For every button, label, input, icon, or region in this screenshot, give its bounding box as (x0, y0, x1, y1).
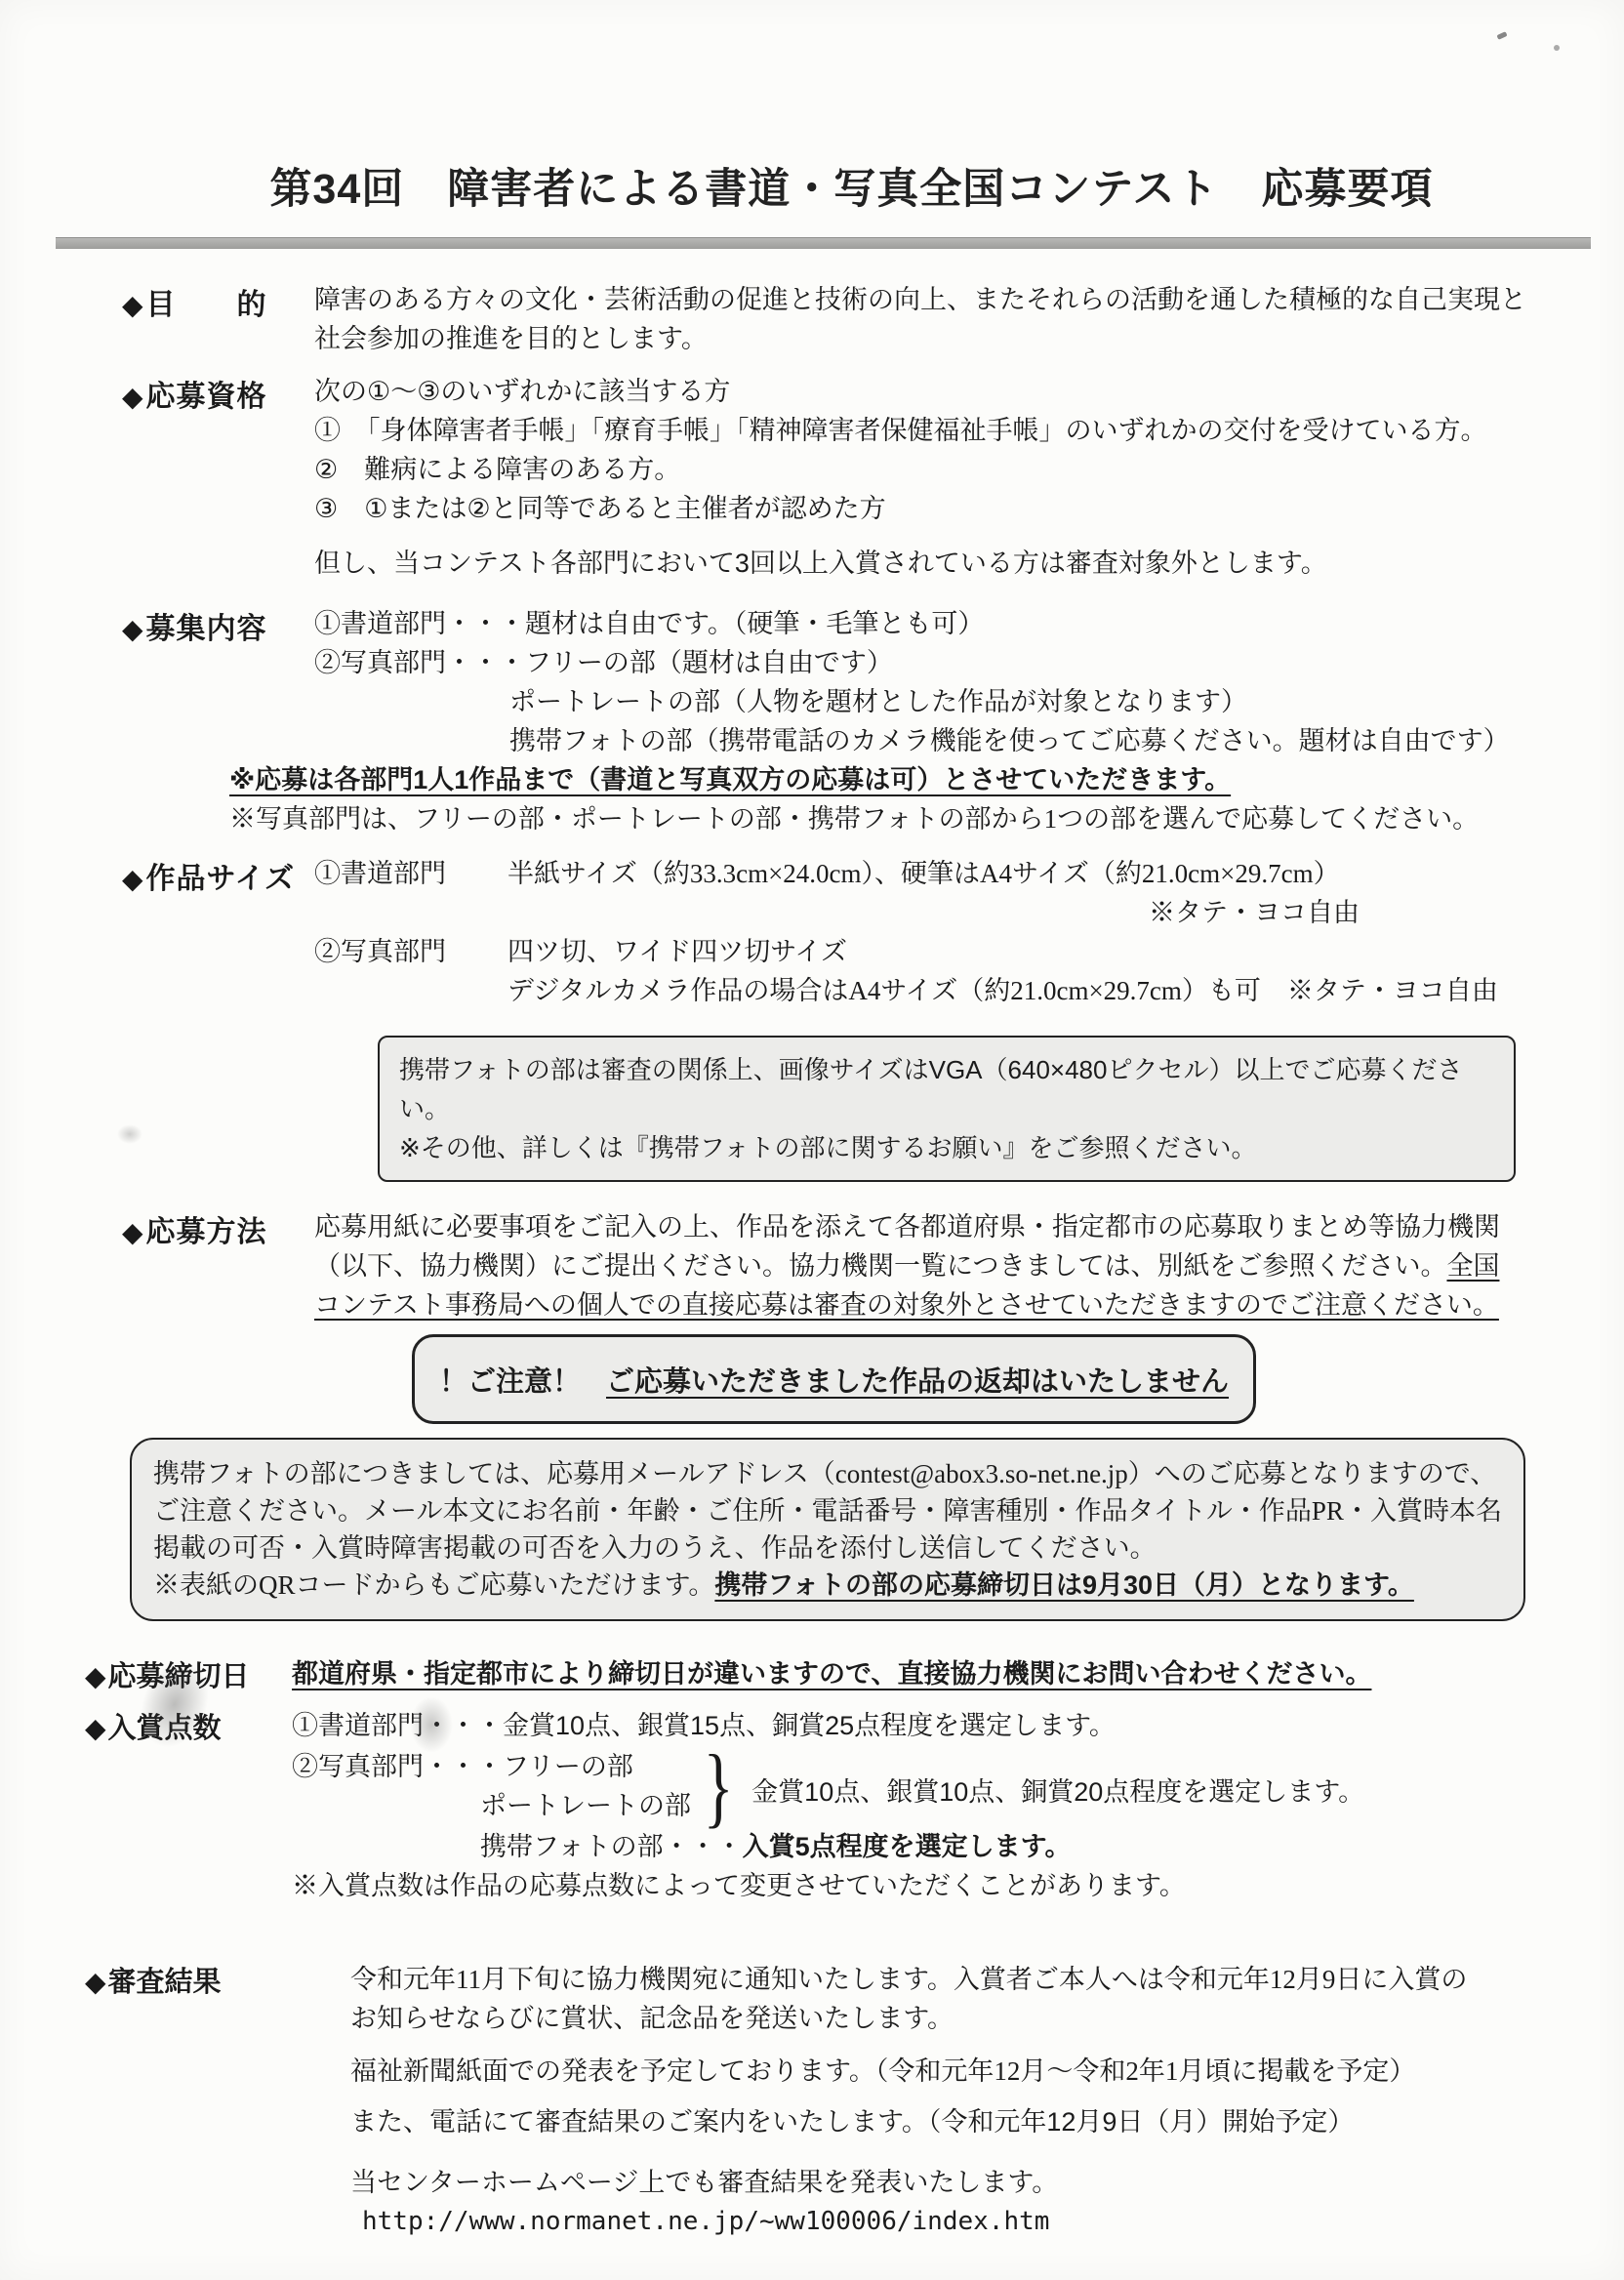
prizes-free-division: ②写真部門・・・フリーの部 (292, 1747, 691, 1786)
prizes-photo-counts: 金賞10点、銀賞10点、銅賞20点程度を選定します。 (751, 1761, 1364, 1812)
caution-no-return-text: ご応募いただきました作品の返却はいたしません (606, 1360, 1229, 1400)
method-line-1: 応募用紙に必要事項をご記入の上、作品を添えて各都道府県・指定都市の応募取りまとめ… (314, 1207, 1581, 1246)
categories-note-choose-one: ※写真部門は、フリーの部・ポートレートの部・携帯フォトの部から1つの部を選んで応… (229, 799, 1581, 838)
mobile-entry-body: 携帯フォトの部につきましては、応募用メールアドレス（contest@abox3.… (153, 1459, 1502, 1563)
prizes-photo-group: ②写真部門・・・フリーの部 ポートレートの部 } 金賞10点、銀賞10点、銅賞2… (292, 1745, 1581, 1827)
section-size: ◆作品サイズ ①書道部門半紙サイズ（約33.3cm×24.0cm）、硬筆はA4サ… (122, 854, 1581, 1010)
categories-calligraphy-line: ①書道部門・・・題材は自由です。（硬筆・毛筆とも可） (314, 604, 1581, 643)
vga-note-line-1: 携帯フォトの部は審査の関係上、画像サイズはVGA（640×480ピクセル）以上で… (399, 1050, 1494, 1128)
eligibility-item-1: ① 「身体障害者手帳」「療育手帳」「精神障害者保健福祉手帳」のいずれかの交付を受… (314, 411, 1581, 450)
results-phone-line: また、電話にて審査結果のご案内をいたします。（令和元年12月9日（月）開始予定） (350, 2102, 1581, 2141)
eligibility-item-3: ③ ①または②と同等であると主催者が認めた方 (314, 489, 1581, 528)
prizes-calligraphy-counts: 金賞10点、銀賞15点、銅賞25点程度を選定します。 (503, 1711, 1116, 1740)
mobile-entry-qr-note: ※表紙のQRコードからもご応募いただけます。 (153, 1570, 714, 1600)
mobile-photo-entry-box: 携帯フォトの部につきましては、応募用メールアドレス（contest@abox3.… (130, 1438, 1525, 1621)
section-method: ◆応募方法 応募用紙に必要事項をご記入の上、作品を添えて各都道府県・指定都市の応… (122, 1207, 1581, 1324)
prizes-photo-divisions: ②写真部門・・・フリーの部 ポートレートの部 (292, 1747, 691, 1825)
section-prizes: ◆入賞点数 ①書道部門・・・金賞10点、銀賞15点、銅賞25点程度を選定します。… (85, 1706, 1581, 1905)
section-size-label: ◆作品サイズ (122, 854, 314, 1010)
section-size-body: ①書道部門半紙サイズ（約33.3cm×24.0cm）、硬筆はA4サイズ（約21.… (314, 854, 1581, 1010)
title-divider-bar (56, 237, 1591, 249)
eligibility-note: 但し、当コンテスト各部門において3回以上入賞されている方は審査対象外とします。 (314, 544, 1581, 583)
scan-artifact-mark (1496, 31, 1507, 40)
section-deadline: ◆応募締切日 都道府県・指定都市により締切日が違いますので、直接協力機関にお問い… (85, 1654, 1581, 1694)
section-deadline-label-text: 応募締切日 (108, 1661, 250, 1692)
method-line-2-underlined: 全国 (1446, 1251, 1499, 1281)
diamond-bullet-icon: ◆ (122, 614, 144, 644)
section-method-label: ◆応募方法 (122, 1207, 314, 1324)
categories-photo-line: ②写真部門・・・フリーの部（題材は自由です） (314, 643, 1581, 682)
size-orientation-note: ※タテ・ヨコ自由 (1149, 893, 1581, 932)
results-homepage-line: 当センターホームページ上でも審査結果を発表いたします。 (350, 2163, 1581, 2202)
results-notify-line-2: お知らせならびに賞状、記念品を発送いたします。 (350, 1999, 1581, 2038)
categories-portrait-line: ポートレートの部（人物を題材とした作品が対象となります） (509, 682, 1581, 721)
section-deadline-label: ◆応募締切日 (85, 1654, 292, 1694)
prizes-portrait-division: ポートレートの部 (480, 1786, 691, 1825)
section-purpose-label: ◆目 的 (122, 280, 314, 358)
results-notify-line-1: 令和元年11月下旬に協力機関宛に通知いたします。入賞者ご本人へは令和元年12月9… (350, 1960, 1581, 1999)
section-results: ◆審査結果 令和元年11月下旬に協力機関宛に通知いたします。入賞者ご本人へは令和… (85, 1960, 1581, 2241)
size-row-photo-digital: デジタルカメラ作品の場合はA4サイズ（約21.0cm×29.7cm）も可 ※タテ… (314, 971, 1581, 1010)
method-line-3-underlined: コンテスト事務局への個人での直接応募は審査の対象外とさせていただきますのでご注意… (314, 1290, 1499, 1320)
prizes-change-note: ※入賞点数は作品の応募点数によって変更させていただくことがあります。 (292, 1866, 1581, 1905)
section-categories-body: ①書道部門・・・題材は自由です。（硬筆・毛筆とも可） ②写真部門・・・フリーの部… (314, 604, 1581, 838)
method-line-3: コンテスト事務局への個人での直接応募は審査の対象外とさせていただきますのでご注意… (314, 1285, 1581, 1324)
diamond-bullet-icon: ◆ (122, 1217, 144, 1247)
size-row-photo: ②写真部門四ツ切、ワイド四ツ切サイズ (314, 932, 1581, 971)
diamond-bullet-icon: ◆ (122, 382, 144, 412)
page-title: 第34回 障害者による書道・写真全国コンテスト 応募要項 (122, 156, 1581, 216)
section-categories: ◆募集内容 ①書道部門・・・題材は自由です。（硬筆・毛筆とも可） ②写真部門・・… (122, 604, 1581, 838)
size-photo-head: ②写真部門 (314, 932, 507, 971)
prizes-calligraphy-line: ①書道部門・・・金賞10点、銀賞15点、銅賞25点程度を選定します。 (292, 1706, 1581, 1745)
method-line-2: （以下、協力機関）にご提出ください。協力機関一覧につきましては、別紙をご参照くだ… (314, 1246, 1581, 1285)
purpose-line-2: 社会参加の推進を目的とします。 (314, 319, 1581, 358)
size-photo-digital-spec: デジタルカメラ作品の場合はA4サイズ（約21.0cm×29.7cm）も可 ※タテ… (507, 971, 1498, 1010)
diamond-bullet-icon: ◆ (122, 864, 144, 894)
no-return-caution-box: ！ご注意！ ご応募いただきました作品の返却はいたしません (412, 1334, 1256, 1424)
categories-mobile-line: 携帯フォトの部（携帯電話のカメラ機能を使ってご応募ください。題材は自由です） (509, 721, 1581, 760)
brace-glyph: } (704, 1745, 734, 1827)
diamond-bullet-icon: ◆ (122, 290, 144, 320)
eligibility-intro: 次の①～③のいずれかに該当する方 (314, 372, 1581, 411)
section-method-body: 応募用紙に必要事項をご記入の上、作品を添えて各都道府県・指定都市の応募取りまとめ… (314, 1207, 1581, 1324)
prizes-mobile-head: 携帯フォトの部・・・ (480, 1832, 743, 1861)
section-purpose: ◆目 的 障害のある方々の文化・芸術活動の促進と技術の向上、またそれらの活動を通… (122, 280, 1581, 358)
diamond-bullet-icon: ◆ (85, 1661, 106, 1691)
purpose-line-1: 障害のある方々の文化・芸術活動の促進と技術の向上、またそれらの活動を通した積極的… (314, 280, 1581, 319)
section-eligibility: ◆応募資格 次の①～③のいずれかに該当する方 ① 「身体障害者手帳」「療育手帳」… (122, 372, 1581, 583)
size-photo-spec: 四ツ切、ワイド四ツ切サイズ (507, 932, 847, 971)
vga-note-line-2: ※その他、詳しくは『携帯フォトの部に関するお願い』をご参照ください。 (399, 1128, 1494, 1167)
section-eligibility-label: ◆応募資格 (122, 372, 314, 583)
prizes-calligraphy-head: ①書道部門・・・ (292, 1711, 503, 1740)
section-eligibility-body: 次の①～③のいずれかに該当する方 ① 「身体障害者手帳」「療育手帳」「精神障害者… (314, 372, 1581, 583)
categories-note-entry-limit: ※応募は各部門1人1作品まで（書道と写真双方の応募は可）とさせていただきます。 (229, 760, 1581, 799)
section-results-body: 令和元年11月下旬に協力機関宛に通知いたします。入賞者ご本人へは令和元年12月9… (350, 1960, 1581, 2241)
document-content: 第34回 障害者による書道・写真全国コンテスト 応募要項 ◆目 的 障害のある方… (0, 156, 1624, 2241)
section-purpose-label-text: 目 的 (146, 289, 267, 321)
section-purpose-body: 障害のある方々の文化・芸術活動の促進と技術の向上、またそれらの活動を通した積極的… (314, 280, 1581, 358)
results-newspaper-line: 福祉新聞紙面での発表を予定しております。（令和元年12月～令和2年1月頃に掲載を… (350, 2052, 1581, 2091)
section-results-label-text: 審査結果 (108, 1967, 222, 1998)
prizes-mobile-line: 携帯フォトの部・・・入賞5点程度を選定します。 (480, 1827, 1581, 1866)
caution-prefix: ！ご注意！ (439, 1360, 581, 1400)
section-eligibility-label-text: 応募資格 (146, 381, 267, 413)
size-calligraphy-head: ①書道部門 (314, 854, 507, 893)
size-calligraphy-spec: 半紙サイズ（約33.3cm×24.0cm）、硬筆はA4サイズ（約21.0cm×2… (507, 854, 1340, 893)
diamond-bullet-icon: ◆ (85, 1713, 106, 1743)
prizes-mobile-counts: 入賞5点程度を選定します。 (743, 1832, 1072, 1861)
section-prizes-body: ①書道部門・・・金賞10点、銀賞15点、銅賞25点程度を選定します。 ②写真部門… (292, 1706, 1581, 1905)
deadline-text: 都道府県・指定都市により締切日が違いますので、直接協力機関にお問い合わせください… (292, 1654, 1581, 1693)
eligibility-item-2: ② 難病による障害のある方。 (314, 450, 1581, 489)
section-method-label-text: 応募方法 (146, 1216, 267, 1248)
section-size-label-text: 作品サイズ (146, 863, 296, 895)
size-photo-head-spacer (314, 971, 507, 1010)
scanned-document-page: 第34回 障害者による書道・写真全国コンテスト 応募要項 ◆目 的 障害のある方… (0, 0, 1624, 2280)
mobile-entry-note-line: ※表紙のQRコードからもご応募いただけます。携帯フォトの部の応募締切日は9月30… (153, 1567, 1502, 1604)
size-row-calligraphy: ①書道部門半紙サイズ（約33.3cm×24.0cm）、硬筆はA4サイズ（約21.… (314, 854, 1581, 893)
section-results-label: ◆審査結果 (85, 1960, 350, 2241)
results-homepage-url: http://www.normanet.ne.jp/~ww100006/inde… (362, 2202, 1581, 2241)
method-line-2-text: （以下、協力機関）にご提出ください。協力機関一覧につきましては、別紙をご参照くだ… (314, 1251, 1446, 1281)
mobile-photo-vga-note-box: 携帯フォトの部は審査の関係上、画像サイズはVGA（640×480ピクセル）以上で… (378, 1036, 1516, 1182)
section-prizes-label: ◆入賞点数 (85, 1706, 292, 1905)
section-prizes-label-text: 入賞点数 (108, 1713, 222, 1744)
diamond-bullet-icon: ◆ (85, 1967, 106, 1997)
section-deadline-body: 都道府県・指定都市により締切日が違いますので、直接協力機関にお問い合わせください… (292, 1654, 1581, 1694)
mobile-entry-deadline-bold: 携帯フォトの部の応募締切日は9月30日（月）となります。 (714, 1570, 1414, 1600)
scan-artifact-dot (1554, 45, 1560, 51)
section-categories-label-text: 募集内容 (146, 613, 267, 645)
